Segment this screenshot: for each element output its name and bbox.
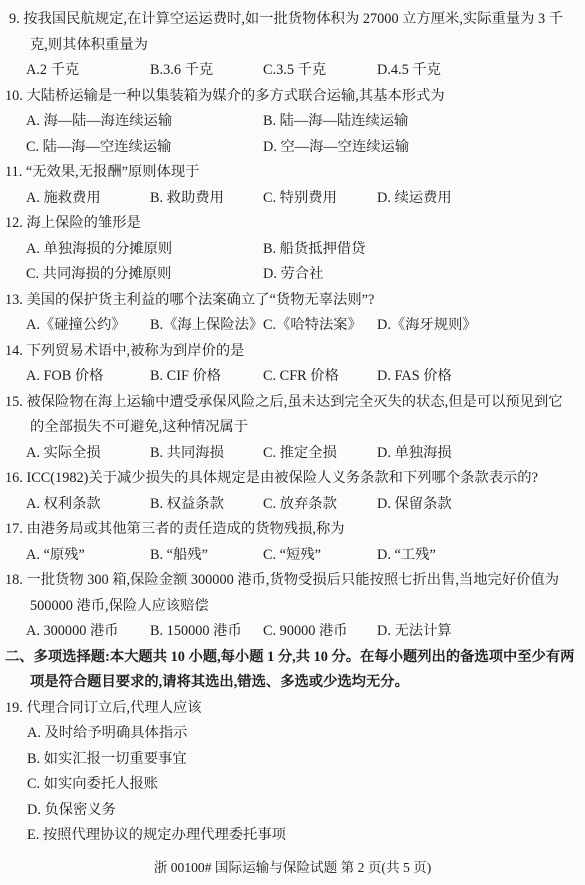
question-12-option-a: A. 单独海损的分摊原则 xyxy=(26,237,263,263)
exam-page: 9. 按我国民航规定,在计算空运运费时,如一批货物体积为 27000 立方厘米,… xyxy=(0,0,585,885)
question-17-option-a: A. “原残” xyxy=(26,543,150,569)
question-13-stem: 13. 美国的保护货主利益的哪个法案确立了“货物无辜法则”? xyxy=(0,288,585,314)
question-11-option-c: C. 特别费用 xyxy=(263,186,377,212)
question-18-stem-line-2: 500000 港币,保险人应该赔偿 xyxy=(0,594,585,620)
question-10-options-row-1: A. 海—陆—海连续运输 B. 陆—海—陆连续运输 xyxy=(0,109,585,135)
question-16-option-d: D. 保留条款 xyxy=(377,492,585,518)
question-12-option-c: C. 共同海损的分摊原则 xyxy=(26,262,263,288)
question-17-option-b: B. “船残” xyxy=(150,543,263,569)
question-10-option-b: B. 陆—海—陆连续运输 xyxy=(263,109,585,135)
question-13-options: A.《碰撞公约》 B.《海上保险法》 C.《哈特法案》 D.《海牙规则》 xyxy=(0,313,585,339)
question-12-option-b: B. 船货抵押借贷 xyxy=(263,237,585,263)
question-10-option-a: A. 海—陆—海连续运输 xyxy=(26,109,263,135)
question-11-option-d: D. 续运费用 xyxy=(377,186,585,212)
question-18-option-c: C. 90000 港币 xyxy=(263,619,377,645)
question-19-option-e: E. 按照代理协议的规定办理代理委托事项 xyxy=(0,823,585,849)
question-13-option-c: C.《哈特法案》 xyxy=(263,313,377,339)
question-9-option-b: B.3.6 千克 xyxy=(150,58,263,84)
question-15-option-c: C. 推定全损 xyxy=(263,441,377,467)
question-9-options: A.2 千克 B.3.6 千克 C.3.5 千克 D.4.5 千克 xyxy=(0,58,585,84)
question-14-option-b: B. CIF 价格 xyxy=(150,364,263,390)
question-18-option-b: B. 150000 港币 xyxy=(150,619,263,645)
question-15-stem-line-1: 15. 被保险物在海上运输中遭受承保风险之后,虽未达到完全灭失的状态,但是可以预… xyxy=(0,390,585,416)
question-14-option-a: A. FOB 价格 xyxy=(26,364,150,390)
question-11-option-a: A. 施救费用 xyxy=(26,186,150,212)
question-16-stem: 16. ICC(1982)关于减少损失的具体规定是由被保险人义务条款和下列哪个条… xyxy=(0,466,585,492)
question-13-option-b: B.《海上保险法》 xyxy=(150,313,263,339)
question-19-stem: 19. 代理合同订立后,代理人应该 xyxy=(0,696,585,722)
question-11-option-b: B. 救助费用 xyxy=(150,186,263,212)
question-15-option-d: D. 单独海损 xyxy=(377,441,585,467)
question-9-option-d: D.4.5 千克 xyxy=(377,58,585,84)
question-11-stem: 11. “无效果,无报酬”原则体现于 xyxy=(0,160,585,186)
question-14-options: A. FOB 价格 B. CIF 价格 C. CFR 价格 D. FAS 价格 xyxy=(0,364,585,390)
question-19-option-a: A. 及时给予明确具体指示 xyxy=(0,721,585,747)
question-15-options: A. 实际全损 B. 共同海损 C. 推定全损 D. 单独海损 xyxy=(0,441,585,467)
question-10-stem: 10. 大陆桥运输是一种以集装箱为媒介的多方式联合运输,其基本形式为 xyxy=(0,84,585,110)
question-10-option-c: C. 陆—海—空连续运输 xyxy=(26,135,263,161)
section-2-header-line-1: 二、多项选择题:本大题共 10 小题,每小题 1 分,共 10 分。在每小题列出… xyxy=(0,645,585,671)
question-9-option-c: C.3.5 千克 xyxy=(263,58,377,84)
question-17-option-d: D. “工残” xyxy=(377,543,585,569)
question-17-option-c: C. “短残” xyxy=(263,543,377,569)
question-16-option-c: C. 放弃条款 xyxy=(263,492,377,518)
question-18-stem-line-1: 18. 一批货物 300 箱,保险金额 300000 港币,货物受损后只能按照七… xyxy=(0,568,585,594)
question-16-options: A. 权利条款 B. 权益条款 C. 放弃条款 D. 保留条款 xyxy=(0,492,585,518)
question-19-option-c: C. 如实向委托人报账 xyxy=(0,772,585,798)
question-9-stem-line-1: 9. 按我国民航规定,在计算空运运费时,如一批货物体积为 27000 立方厘米,… xyxy=(0,7,585,33)
question-18-options: A. 300000 港币 B. 150000 港币 C. 90000 港币 D.… xyxy=(0,619,585,645)
question-10-option-d: D. 空—海—空连续运输 xyxy=(263,135,585,161)
question-12-options-row-1: A. 单独海损的分摊原则 B. 船货抵押借贷 xyxy=(0,237,585,263)
question-14-option-c: C. CFR 价格 xyxy=(263,364,377,390)
question-12-options-row-2: C. 共同海损的分摊原则 D. 劳合社 xyxy=(0,262,585,288)
question-19-option-b: B. 如实汇报一切重要事宜 xyxy=(0,747,585,773)
question-17-options: A. “原残” B. “船残” C. “短残” D. “工残” xyxy=(0,543,585,569)
question-16-option-b: B. 权益条款 xyxy=(150,492,263,518)
question-9-stem-line-2: 克,则其体积重量为 xyxy=(0,33,585,59)
question-14-stem: 14. 下列贸易术语中,被称为到岸价的是 xyxy=(0,339,585,365)
question-16-option-a: A. 权利条款 xyxy=(26,492,150,518)
question-15-option-a: A. 实际全损 xyxy=(26,441,150,467)
question-17-stem: 17. 由港务局或其他第三者的责任造成的货物残损,称为 xyxy=(0,517,585,543)
question-18-option-d: D. 无法计算 xyxy=(377,619,585,645)
page-footer: 浙 00100# 国际运输与保险试题 第 2 页(共 5 页) xyxy=(0,856,585,880)
question-19-option-d: D. 负保密义务 xyxy=(0,798,585,824)
question-12-option-d: D. 劳合社 xyxy=(263,262,585,288)
section-2-header-line-2: 项是符合题目要求的,请将其选出,错选、多选或少选均无分。 xyxy=(0,670,585,696)
question-12-stem: 12. 海上保险的雏形是 xyxy=(0,211,585,237)
question-15-stem-line-2: 的全部损失不可避免,这种情况属于 xyxy=(0,415,585,441)
question-13-option-d: D.《海牙规则》 xyxy=(377,313,585,339)
question-14-option-d: D. FAS 价格 xyxy=(377,364,585,390)
question-18-option-a: A. 300000 港币 xyxy=(26,619,150,645)
question-10-options-row-2: C. 陆—海—空连续运输 D. 空—海—空连续运输 xyxy=(0,135,585,161)
question-15-option-b: B. 共同海损 xyxy=(150,441,263,467)
question-9-option-a: A.2 千克 xyxy=(26,58,150,84)
question-13-option-a: A.《碰撞公约》 xyxy=(26,313,150,339)
question-11-options: A. 施救费用 B. 救助费用 C. 特别费用 D. 续运费用 xyxy=(0,186,585,212)
